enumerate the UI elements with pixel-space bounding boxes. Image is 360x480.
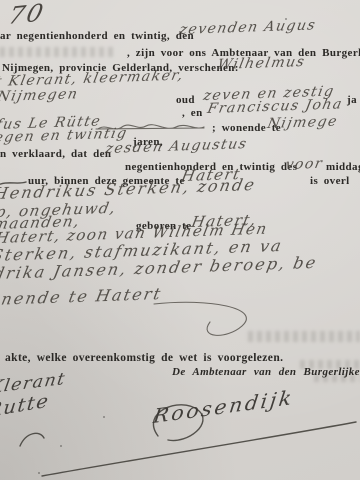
handwritten-declarant1-firstname: Wilhelmus — [216, 54, 307, 73]
printed-year-line: ar negentienhonderd en twintig, den — [0, 30, 194, 42]
death-certificate-scan: 70 ar negentienhonderd en twintig, den z… — [0, 0, 360, 480]
paper-speck — [60, 445, 62, 447]
printed-age-label: oud — [176, 94, 195, 106]
printed-years-label-cut: ja — [347, 94, 357, 106]
printed-declared-line: n verklaard, dat den — [0, 148, 111, 160]
handwritten-daypart: voor — [284, 156, 324, 173]
act-number: 70 — [6, 0, 48, 30]
handwritten-parents-residence: onende te Hatert — [0, 284, 164, 309]
paper-speck — [38, 472, 40, 474]
paper-speck — [285, 18, 287, 20]
printed-deceased-label-cut: is overl — [310, 175, 350, 187]
printed-and-label: , en — [182, 107, 203, 119]
ink-bleed-patch — [0, 47, 114, 57]
handwritten-residence1: Nijmegen — [0, 86, 80, 105]
printed-read-aloud-line: akte, welke overeenkomstig de wet is voo… — [5, 352, 283, 364]
handwritten-date: zevenden Augus — [178, 17, 318, 38]
handwriting-flourish — [150, 300, 270, 342]
printed-midday-label: middags — [326, 161, 360, 173]
printed-official-title: De Ambtenaar van den Burgerlijken Stan — [172, 366, 360, 378]
paper-speck — [103, 416, 105, 418]
handwritten-residence2: Nijmege — [266, 114, 339, 132]
